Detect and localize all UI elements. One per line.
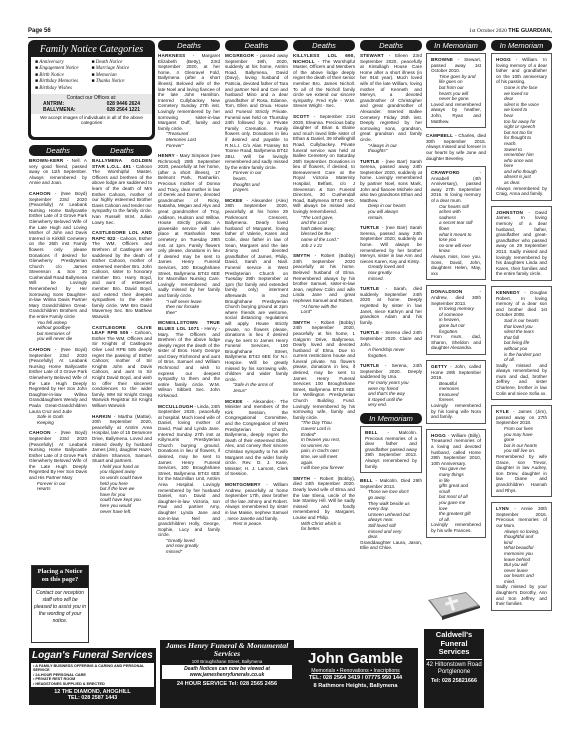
notice-verse: With Christ which is far better. xyxy=(293,521,355,532)
page-dateline: 1st October 2020 THE GUARDIAN, xyxy=(469,28,552,34)
notice: KENNEDY - Douglas Robert. In loving memo… xyxy=(491,286,552,400)
notice-text: - William (Billy). Treasured memories of… xyxy=(431,433,481,466)
notice-name: HOGG xyxy=(496,57,511,62)
notice-text: - September 21st 2020, Eleanna. Precious… xyxy=(293,114,355,214)
notice-verse: "I will never leave thee nor forsake the… xyxy=(158,299,220,316)
notice-verse: "Treasured Memories Last Forever" xyxy=(158,131,220,148)
section-header: Deaths xyxy=(360,40,422,51)
notice-verse: For many years you were my friend and th… xyxy=(360,380,422,408)
notice-name: MCKEE xyxy=(225,198,243,203)
office-name: BALLYMENA: xyxy=(43,107,76,113)
notice-verse: You fell asleep without goodbye but memo… xyxy=(29,320,87,342)
notice-name: BROWNE xyxy=(431,57,453,62)
notice-verse: Time goes by and life goes on but from o… xyxy=(431,74,481,102)
ad-address: 100 Broughshane Street, Ballymena xyxy=(162,659,292,664)
notice-footer: Always remembered by Craig, Anna and fam… xyxy=(496,186,547,197)
notice-name: CAHOON xyxy=(29,191,51,196)
notice: KILLYLESS LOL 690, NICHOLL - The Worship… xyxy=(293,53,355,109)
notice: SMYTH - Robert (Bobby) 24th September 20… xyxy=(293,320,355,471)
notice-name: KENNEDY xyxy=(496,290,520,295)
notice-footer: Lovingly remembered by his wife Frances. xyxy=(431,522,481,533)
notice: GETTY - John, called Home 29th September… xyxy=(426,360,486,424)
notice: TURTLE - Serena died 24th September 2020… xyxy=(360,330,422,358)
ad-title: Caldwell's Funeral Services xyxy=(426,631,482,660)
notice-text: - Cahoon The Worshipful Master, Officers… xyxy=(92,164,152,225)
bible-cross-icon xyxy=(426,590,482,622)
notice-verse: "Always in our thoughts" xyxy=(360,143,422,154)
section-header: Deaths xyxy=(92,145,152,156)
section-header: In Memoriam xyxy=(426,40,486,51)
notice-footer: Sadly missed by your daughter's Dorothy,… xyxy=(496,584,547,606)
notice-text: - Margaret Elizabeth (Betty), 23rd Septe… xyxy=(158,53,220,131)
notice-name: TURTLE xyxy=(360,330,379,335)
placing-notice-body: Contact our reception staff who will be … xyxy=(32,588,88,627)
notice-footer: Granddaughter Laura, Jason, Ellie and Ch… xyxy=(360,540,422,551)
section-header: In Memoriam xyxy=(491,40,552,51)
notice-text: - Robert (Bobby) 24th September 2020, pe… xyxy=(293,320,355,420)
notice-name: MCKEE xyxy=(225,399,243,404)
ad-phone: Tel: 028 25821666 xyxy=(426,678,482,684)
notice-text: - Annabell (4th Anniversary), passed awa… xyxy=(431,170,481,203)
notice-verse: "Safe in the arms of Jesus" xyxy=(225,382,288,393)
page-header: Page 56 1st October 2020 THE GUARDIAN, xyxy=(28,28,552,38)
notice: BALLYMENA GOLDEN STAR L.O.L. 491 - Cahoo… xyxy=(92,158,152,225)
notice-verse: Sad is our hearts that loved you silent … xyxy=(496,318,547,363)
notice-footer: Sadly missed and always remembered by mu… xyxy=(496,363,547,397)
notice: SCOTT - September 21st 2020, Eleanna. Pr… xyxy=(293,114,355,248)
logans-funeral-ad: Logan's Funeral Services • A FAMILY BUSI… xyxy=(29,648,156,705)
notice: TURTLE - (nee Barr) Sarah Serena, passed… xyxy=(360,225,422,281)
notice-verse: "The Day Thou Gavest Lord is Ended" In h… xyxy=(293,420,355,470)
notice-name: CRAWFORD xyxy=(431,170,460,175)
notice-name: MCCULLOUGH xyxy=(158,404,193,409)
ad-address: 42 Hiltonstown Road Portglenone xyxy=(426,662,482,677)
notice: HARKNESS - Margaret Elizabeth (Betty), 2… xyxy=(158,53,220,148)
notice: JOHNSTON - David James. In loving memory… xyxy=(491,206,552,281)
james-henry-funeral-ad: James Henry Funeral & Monumental Service… xyxy=(160,640,294,708)
notice-text: - Sarah, died suddenly September 24th 20… xyxy=(360,286,422,325)
notice-text: - Henry - Mary. The Officers and Brethre… xyxy=(158,326,220,398)
john-gamble-ad: John Gamble Memorials • Renovations • In… xyxy=(293,648,418,708)
notice: MCKEE - Alexander (Alex) 28th September … xyxy=(225,198,288,394)
ad-services: Memorials • Renovations • Inscriptions xyxy=(295,668,416,674)
notice-text: - (nee Barr) Sarah Serena, passed away 2… xyxy=(360,225,422,264)
notice-name: BROWN-KERR xyxy=(29,158,63,163)
notice: TURTLE - Serena, 24th September 2020. De… xyxy=(360,363,422,408)
notice-text: - Linda, 24th September 2020, peacefully… xyxy=(158,404,220,538)
paper-name: THE GUARDIAN, xyxy=(508,28,552,34)
ad-title: Logan's Funeral Services xyxy=(29,648,156,663)
column-in-memoriam-1: In MemoriamBROWNE - Stewart, passed away… xyxy=(426,40,486,543)
notice: MONTGOMERY - William Andrew, peacefully … xyxy=(225,482,288,527)
notice-text: - (nee Barr) Sarah Serena, passed away 2… xyxy=(360,159,422,203)
notice-verse: I held your hand as you slipped away no … xyxy=(92,464,152,514)
ad-website-notice[interactable]: Death Notices can now be viewed at www.j… xyxy=(162,665,292,679)
notice: MCCULLOUGH - Linda, 24th September 2020,… xyxy=(158,404,220,555)
notice-name: LYNN xyxy=(496,506,509,511)
notice-name: HENRY xyxy=(158,153,175,158)
notice: MCKEE - Alexander,- The Minister and mem… xyxy=(225,399,288,477)
notice: MCNEILLSTOWN TRUE BLUES LOL 1071 - Henry… xyxy=(158,320,220,398)
notice-footer: Lovingly remembered by his loving wife N… xyxy=(431,403,481,420)
contact-offices: Contact our Offices at: ANTRIM:028 9446 … xyxy=(31,94,152,114)
notice-text: - Robert (Bobby), died 24th September 20… xyxy=(293,476,355,520)
ad-service-item: • A FAMILY BUSINESS OFFERING A CARING AN… xyxy=(33,664,152,673)
notice-verse: "The Lord gave, and the Lord hath taken … xyxy=(293,215,355,249)
notice-footer: Loved and remembered always by heather, … xyxy=(431,102,481,124)
notice-verse: "At home with the Lord" xyxy=(293,304,355,315)
notice: HENRY - Mary Simpson (nee Richmond) 28th… xyxy=(158,153,220,315)
notice: HOGG - William. In loving memory of a de… xyxy=(491,53,552,201)
notice: BROWN-KERR - Nell. A very good friend, p… xyxy=(29,158,87,186)
ad-phone: TEL: 028 2587 1443 xyxy=(29,695,156,701)
notice-text: - (Nee Boyd) September 23rd 2020 (Peacef… xyxy=(29,191,87,319)
notice-text: - passed away September 19th, 2020, sudd… xyxy=(225,53,288,170)
column-deaths-5: DeathsKILLYLESS LOL 690, NICHOLL - The W… xyxy=(293,40,355,537)
notice-name: HARKNESS xyxy=(158,53,185,58)
notice: BELL - Malcolm. Died 29th September 2013… xyxy=(360,478,422,551)
section-header: Deaths xyxy=(293,40,355,51)
ad-services-list: • A FAMILY BUSINESS OFFERING A CARING AN… xyxy=(31,663,154,687)
notice-name: TURTLE xyxy=(360,286,379,291)
issue-date: 1st October 2020 xyxy=(469,28,507,34)
notice-text: - Mary Simpson (nee Richmond) 28th Septe… xyxy=(158,153,220,298)
ad-phone: TEL: 028 2564 3419 / 07775 950 144 xyxy=(295,675,416,681)
category-item: Thanks Notice xyxy=(92,79,149,85)
notice: CAHOON - (Nee Boyd) September 23rd 2020 … xyxy=(29,347,87,425)
section-header: Deaths xyxy=(29,145,87,156)
ad-address: 8 Rathmore Heights, Ballymena xyxy=(295,683,416,689)
section-header: Deaths xyxy=(158,40,220,51)
office-row: BALLYMENA:028 2564 1221 xyxy=(35,107,148,113)
notice-verse: "Greatly loved and now greatly missed" xyxy=(158,538,220,555)
notice-footer: Remembered by wife Grace, son Trevor, da… xyxy=(496,454,547,493)
notice: DONALDSON - Andrew, died 30th September … xyxy=(426,285,486,355)
notice-verse: Safe in Gods Keeping xyxy=(29,414,87,425)
notice-text: - Alexander,- The Minister and members o… xyxy=(225,399,288,477)
notice: TURTLE - (nee Barr) Sarah Serena, passed… xyxy=(360,159,422,221)
notice-verse: In loving memory of someone in heaven, g… xyxy=(431,306,481,334)
notice-verse: A friendship never forgotten. xyxy=(360,347,422,358)
office-phone: 028 2564 1221 xyxy=(107,107,140,113)
notice-text: - William Andrew, peacefully at home Sep… xyxy=(225,482,288,521)
notice-text: - The Worshipful Master, Officers and Me… xyxy=(293,59,355,109)
placing-notice-title: Placing a Notice on this page? xyxy=(32,566,88,588)
notice-name: MONTGOMERY xyxy=(225,482,261,487)
notice-verse: Greatly loved and now greatly missed. xyxy=(360,264,422,281)
notice-name: SCOTT xyxy=(293,114,310,119)
notice: SMYTH - Robert (Bobby) 24th September 20… xyxy=(293,253,355,315)
notice-verse: Those we love don't go away. They walk b… xyxy=(360,489,422,539)
notice-footer: Always miss, love you. Sons, David, John… xyxy=(431,254,481,276)
notice-name: TURTLE xyxy=(360,363,379,368)
notice-name: HARKIN xyxy=(92,414,111,419)
notice-name: CAHOON xyxy=(29,430,51,435)
notice-name: JOHNSTON xyxy=(496,210,523,215)
category-list: Anniversary Death Notice Engagement Noti… xyxy=(35,60,148,92)
section-header: Deaths xyxy=(225,40,288,51)
ad-title: James Henry Funeral & Monumental Service… xyxy=(162,642,292,658)
category-item: Birthday Wishes xyxy=(35,86,92,92)
notice-name: STEWART xyxy=(360,53,384,58)
caldwells-funeral-ad: Caldwell's Funeral Services 42 Hiltonsto… xyxy=(424,629,484,708)
notice-verse: Rest in peace. xyxy=(225,521,288,527)
notice-name: SMYTH xyxy=(293,476,310,481)
ad-service-item: • HEADSTONES SUPPLIED & ERECTED xyxy=(33,682,152,686)
notice-verse: Forever in our hearts, thoughts and pray… xyxy=(225,170,288,192)
notice: TURTLE - Sarah, died suddenly September … xyxy=(360,286,422,325)
categories-title: Family Notice Categories xyxy=(31,43,152,57)
notice: CASTLEGORE OLIVE LEAF RPB 505 - Cahoon, … xyxy=(92,325,152,409)
notice-verse: Deep in our hearts you will always remai… xyxy=(360,203,422,220)
notice: BROWNE - Stewart, passed away 1st Octobe… xyxy=(426,53,486,128)
notice: SMYTH - Robert (Bobby), died 24th Septem… xyxy=(293,476,355,532)
notice-name: GETTY xyxy=(431,364,447,369)
notice-text: - (Nee Boyd) September 23rd 2020 (Peacef… xyxy=(29,347,87,414)
notice-name: CAMPBELL xyxy=(426,133,453,138)
section-header: In Memoriam xyxy=(360,413,422,424)
notice-text: - Eileen 23rd September 2020, peacefully… xyxy=(360,53,422,142)
notice-name: CAHOON xyxy=(29,347,51,352)
notice-verse: Our hearts still aches with sadness a se… xyxy=(431,204,481,254)
notice: CASTLEGORE LOL AND RAPC 922 - Cahoon, Es… xyxy=(92,230,152,320)
ad-address: 12 THE DIAMOND, AHOGHILLTEL: 028 2587 14… xyxy=(29,687,156,701)
notice: KYLE - James (Jim), passed away on 27th … xyxy=(491,405,552,497)
notice-name: TURTLE xyxy=(360,159,379,164)
notice-text: - (Nee Boyd) September 23rd 2020 (Peacef… xyxy=(29,430,87,480)
notice: CAHOON - (Nee Boyd) September 23rd 2020 … xyxy=(29,430,87,492)
notice: CAHOON - (Nee Boyd) September 23rd 2020 … xyxy=(29,191,87,342)
page-number: Page 56 xyxy=(28,28,51,34)
notice-verse: You gave me many things in life gifts gr… xyxy=(431,466,481,522)
notice: BELL - Malcolm. Precious memories of a d… xyxy=(360,426,422,473)
notice-verse: Beautiful memories treasured forever. xyxy=(431,381,481,403)
notice-text: - Robert (Bobby) 24th September 2020 pea… xyxy=(293,253,355,303)
notice: HARKIN - Martha (Mattie), 20th September… xyxy=(92,414,152,515)
notice: LYNN - Annie 30th September 2016. Precio… xyxy=(491,502,552,611)
notice-name: BELL xyxy=(360,478,373,483)
notice-verse: Gone is the face we loved so dear silent… xyxy=(496,85,547,186)
notice-footer: From mum, dad, Sharon, Sheldon and daugh… xyxy=(431,334,481,351)
notice: HOGG - William (Billy). Treasured memori… xyxy=(426,429,486,538)
ad-phone: 24 HOUR SERVICE Tel: 028 2565 2456 xyxy=(162,681,292,687)
column-deaths-2: DeathsBALLYMENA GOLDEN STAR L.O.L. 491 -… xyxy=(92,145,152,519)
family-notice-categories-panel: Family Notice Categories Anniversary Dea… xyxy=(28,40,155,140)
notice-text: - Alexander (Alex) 28th September 2020, … xyxy=(225,198,288,382)
notice: CRAWFORD - Annabell (4th Anniversary), p… xyxy=(426,166,486,280)
column-deaths-3: DeathsHARKNESS - Margaret Elizabeth (Bet… xyxy=(158,40,220,560)
notice-text: - Cahoon, Esther The WM, Officers and Si… xyxy=(92,330,152,408)
notice: MCGREGOR - passed away September 19th, 2… xyxy=(225,53,288,193)
column-deaths-1: DeathsBROWN-KERR - Nell. A very good fri… xyxy=(29,145,87,497)
accept-images-note: We accept images of individuals in all o… xyxy=(35,115,148,125)
notice-name: HOGG xyxy=(431,433,446,438)
notice-name: MCGREGOR xyxy=(225,53,254,58)
notice-name: TURTLE xyxy=(360,225,379,230)
notice-verse: Forever in our Hearts xyxy=(29,481,87,492)
notice-name: SMYTH xyxy=(293,253,310,258)
notice-name: KYLE xyxy=(496,409,509,414)
column-deaths-4: DeathsMCGREGOR - passed away September 1… xyxy=(225,40,288,532)
column-in-memoriam-2: In MemoriamHOGG - William. In loving mem… xyxy=(491,40,552,616)
notice-verse: Always so loving, thoughtful and kind Wh… xyxy=(496,529,547,585)
notice-name: BELL xyxy=(365,430,378,435)
column-deaths-6: DeathsSTEWART - Eileen 23rd September 20… xyxy=(360,40,422,556)
ad-title: John Gamble xyxy=(295,650,416,667)
notice-name: DONALDSON xyxy=(431,289,462,294)
notice: CAMPBELL - Charles, died 30th September … xyxy=(426,133,486,161)
notice-text: - Malcolm. Precious memories of a dear f… xyxy=(365,430,417,469)
notice-verse: From our lives you may have gone but in … xyxy=(496,426,547,454)
notice-name: SMYTH xyxy=(293,320,310,325)
notice-text: - David James. In loving memory of a dea… xyxy=(496,210,547,277)
notice-text: - Cahoon, Esther The WM, Officers and Br… xyxy=(92,236,152,319)
placing-notice-box: Placing a Notice on this page? Contact o… xyxy=(31,565,89,643)
notice: STEWART - Eileen 23rd September 2020, pe… xyxy=(360,53,422,154)
notice-text: - Martha (Mattie), 20th September 2020, … xyxy=(92,414,152,464)
